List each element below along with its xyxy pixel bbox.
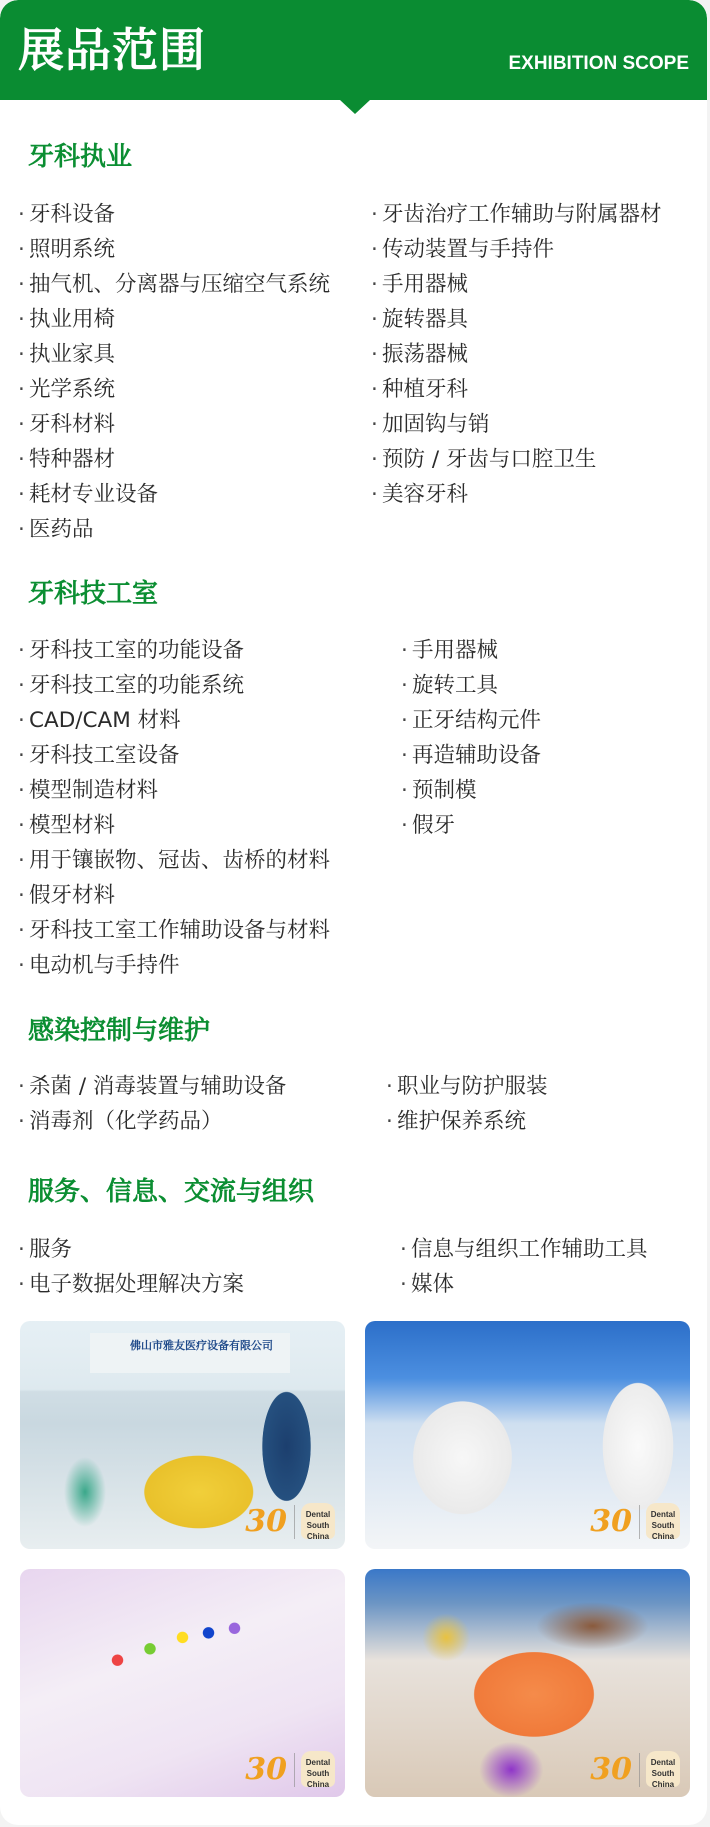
booth-banner-text: 佛山市雅友医疗设备有限公司: [130, 1337, 273, 1353]
list-item: ·种植牙科: [371, 372, 662, 407]
section-1-left-list: ·牙科设备 ·照明系统 ·抽气机、分离器与压缩空气系统 ·执业用椅 ·执业家具 …: [18, 197, 330, 547]
list-item: ·特种器材: [18, 442, 330, 477]
list-item: ·信息与组织工作辅助工具: [400, 1232, 648, 1267]
list-item: ·模型制造材料: [18, 773, 330, 808]
dental-south-china-logo-icon: Dental South China: [301, 1503, 335, 1539]
section-3-right-list: ·职业与防护服装 ·维护保养系统: [386, 1069, 548, 1139]
photo-dental-chair-booth: 佛山市雅友医疗设备有限公司 30 Dental South China: [20, 1321, 345, 1549]
header-banner: 展品范围 EXHIBITION SCOPE: [0, 0, 707, 100]
section-2-left-list: ·牙科技工室的功能设备 ·牙科技工室的功能系统 ·CAD/CAM 材料 ·牙科技…: [18, 633, 330, 983]
list-item: ·执业家具: [18, 337, 330, 372]
photo-lab-equipment-booth: 30 Dental South China: [365, 1321, 690, 1549]
list-item: ·预防 / 牙齿与口腔卫生: [371, 442, 662, 477]
section-2-right-list: ·手用器械 ·旋转工具 ·正牙结构元件 ·再造辅助设备 ·预制模 ·假牙: [401, 633, 541, 843]
list-item: ·美容牙科: [371, 477, 662, 512]
list-item: ·传动装置与手持件: [371, 232, 662, 267]
section-4-right-list: ·信息与组织工作辅助工具 ·媒体: [400, 1232, 648, 1302]
list-item: ·牙科技工室设备: [18, 738, 330, 773]
dental-south-china-logo-icon: Dental South China: [646, 1503, 680, 1539]
list-item: ·加固钩与销: [371, 407, 662, 442]
list-item: ·牙科技工室的功能系统: [18, 668, 330, 703]
list-item: ·杀菌 / 消毒装置与辅助设备: [18, 1069, 286, 1104]
list-item: ·手用器械: [371, 267, 662, 302]
section-title-dental-practice: 牙科执业: [28, 142, 132, 172]
list-item: ·预制模: [401, 773, 541, 808]
page-title: 展品范围: [18, 20, 206, 80]
list-item: ·旋转工具: [401, 668, 541, 703]
list-item: ·执业用椅: [18, 302, 330, 337]
photo-implant-tool-kit: 30 Dental South China: [20, 1569, 345, 1797]
list-item: ·假牙: [401, 808, 541, 843]
list-item: ·耗材专业设备: [18, 477, 330, 512]
list-item: ·媒体: [400, 1267, 648, 1302]
list-item: ·照明系统: [18, 232, 330, 267]
list-item: ·用于镶嵌物、冠齿、齿桥的材料: [18, 843, 330, 878]
section-4-left-list: ·服务 ·电子数据处理解决方案: [18, 1232, 244, 1302]
list-item: ·牙齿治疗工作辅助与附属器材: [371, 197, 662, 232]
list-item: ·牙科材料: [18, 407, 330, 442]
anniversary-30-logo-icon: 30: [245, 1752, 287, 1787]
anniversary-30-logo-icon: 30: [590, 1504, 632, 1539]
list-item: ·正牙结构元件: [401, 703, 541, 738]
section-title-dental-lab: 牙科技工室: [28, 579, 158, 609]
list-item: ·电动机与手持件: [18, 948, 330, 983]
list-item: ·服务: [18, 1232, 244, 1267]
anniversary-30-logo-icon: 30: [245, 1504, 287, 1539]
section-3-left-list: ·杀菌 / 消毒装置与辅助设备 ·消毒剂（化学药品）: [18, 1069, 286, 1139]
list-item: ·医药品: [18, 512, 330, 547]
list-item: ·牙科技工室工作辅助设备与材料: [18, 913, 330, 948]
list-item: ·旋转器具: [371, 302, 662, 337]
list-item: ·手用器械: [401, 633, 541, 668]
section-title-services-info: 服务、信息、交流与组织: [28, 1177, 314, 1207]
section-1-right-list: ·牙齿治疗工作辅助与附属器材 ·传动装置与手持件 ·手用器械 ·旋转器具 ·振荡…: [371, 197, 662, 512]
list-item: ·牙科设备: [18, 197, 330, 232]
list-item: ·职业与防护服装: [386, 1069, 548, 1104]
list-item: ·抽气机、分离器与压缩空气系统: [18, 267, 330, 302]
section-title-infection-control: 感染控制与维护: [28, 1016, 210, 1046]
anniversary-30-logo-icon: 30: [590, 1752, 632, 1787]
list-item: ·CAD/CAM 材料: [18, 703, 330, 738]
photo-dental-models: 30 Dental South China: [365, 1569, 690, 1797]
list-item: ·维护保养系统: [386, 1104, 548, 1139]
exhibition-scope-card: 展品范围 EXHIBITION SCOPE 牙科执业 ·牙科设备 ·照明系统 ·…: [0, 0, 707, 1825]
list-item: ·消毒剂（化学药品）: [18, 1104, 286, 1139]
header-pointer-icon: [340, 100, 370, 114]
list-item: ·模型材料: [18, 808, 330, 843]
list-item: ·再造辅助设备: [401, 738, 541, 773]
dental-south-china-logo-icon: Dental South China: [646, 1751, 680, 1787]
list-item: ·振荡器械: [371, 337, 662, 372]
page-subtitle: EXHIBITION SCOPE: [508, 52, 689, 76]
list-item: ·假牙材料: [18, 878, 330, 913]
list-item: ·牙科技工室的功能设备: [18, 633, 330, 668]
dental-south-china-logo-icon: Dental South China: [301, 1751, 335, 1787]
list-item: ·电子数据处理解决方案: [18, 1267, 244, 1302]
list-item: ·光学系统: [18, 372, 330, 407]
